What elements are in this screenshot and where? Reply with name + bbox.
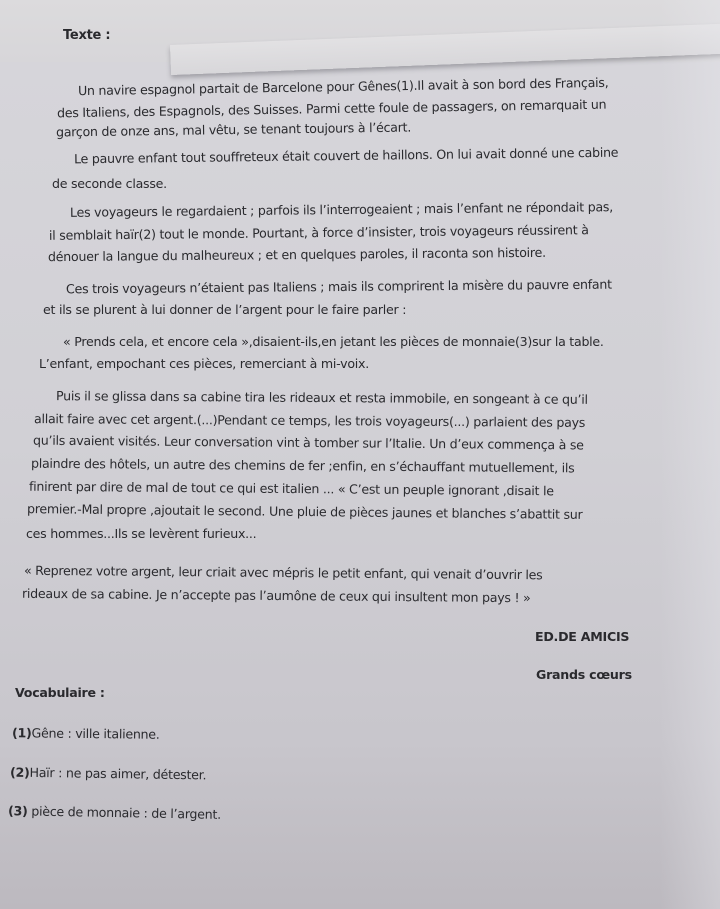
vocabulary-item: (1)Gêne : ville italienne. xyxy=(12,722,160,746)
vocabulary-title: Vocabulaire : xyxy=(15,682,105,704)
text-title: Texte : xyxy=(63,25,110,47)
vocabulary-text: Haïr : ne pas aimer, détester. xyxy=(29,765,206,782)
paragraph-line: « Prends cela, et encore cela »,disaient… xyxy=(63,331,604,353)
paragraph-line: rideaux de sa cabine. Je n’accepte pas l… xyxy=(22,583,531,609)
paragraph-line: Puis il se glissa dans sa cabine tira le… xyxy=(56,385,588,411)
paragraph-line: ces hommes...Ils se levèrent furieux... xyxy=(26,523,256,545)
vocabulary-text: Gêne : ville italienne. xyxy=(31,725,159,741)
vocabulary-ref: (2) xyxy=(10,765,30,780)
paragraph-line: L’enfant, empochant ces pièces, remercia… xyxy=(39,353,369,375)
paragraph-line: dénouer la langue du malheureux ; et en … xyxy=(48,242,546,268)
paragraph-line: de seconde classe. xyxy=(52,173,167,195)
paragraph-line: et ils se plurent à lui donner de l’arge… xyxy=(43,299,406,321)
book-source: Grands cœurs xyxy=(536,664,632,686)
vocabulary-ref: (1) xyxy=(12,725,32,740)
author-name: ED.DE AMICIS xyxy=(535,626,629,648)
vocabulary-ref: (3) xyxy=(8,803,28,818)
light-gradient xyxy=(660,0,720,909)
paragraph-line: « Reprenez votre argent, leur criait ave… xyxy=(24,560,543,587)
vocabulary-item: (2)Haïr : ne pas aimer, détester. xyxy=(10,762,207,787)
vocabulary-text: pièce de monnaie : de l’argent. xyxy=(27,803,221,821)
vocabulary-item: (3) pièce de monnaie : de l’argent. xyxy=(8,800,221,826)
